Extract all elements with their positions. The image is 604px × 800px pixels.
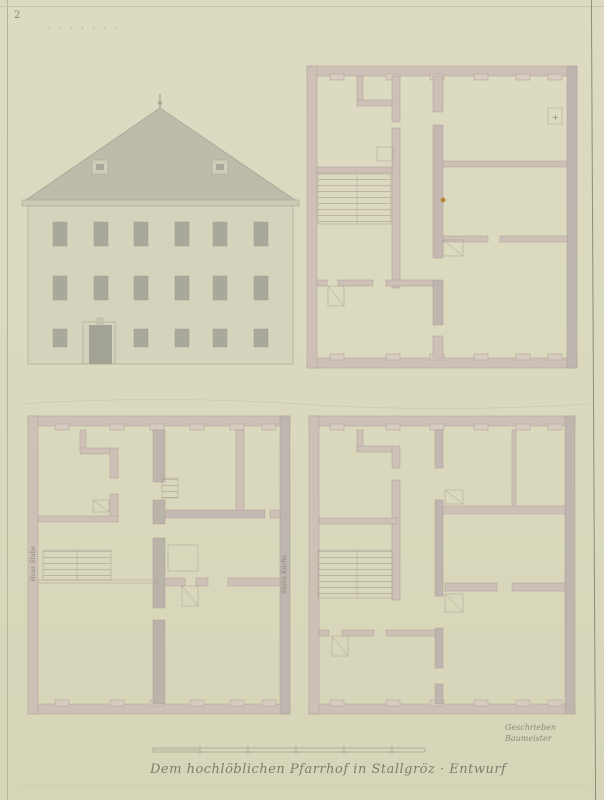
drawing-caption: Dem hochlöblichen Pfarrhof in Stallgröz …	[150, 762, 506, 777]
floor-plan-upper: +	[307, 66, 577, 368]
signature: Geschrieben Baumeister	[505, 722, 565, 744]
room-label-right: Stube Küche	[281, 555, 288, 594]
floor-plan-ground	[28, 416, 290, 714]
floor-plan-first	[309, 416, 575, 714]
drawing-canvas: +	[0, 0, 604, 800]
svg-text:+: +	[552, 113, 559, 122]
room-label-left: Haus Stube	[30, 546, 37, 581]
dormer-left	[92, 160, 108, 174]
signature-line-2: Baumeister	[505, 733, 565, 744]
facade	[28, 206, 293, 364]
front-elevation	[22, 94, 299, 364]
dormer-right	[212, 160, 228, 174]
signature-line-1: Geschrieben	[505, 722, 565, 733]
roof	[23, 108, 298, 202]
